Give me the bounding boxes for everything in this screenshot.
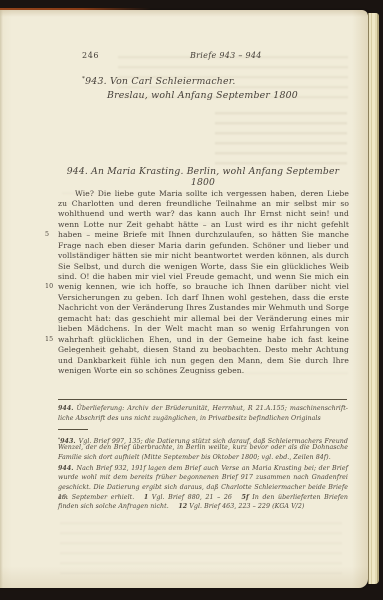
footnote-line: Familie sich dort aufhielt (Mitte Septem… [58,453,348,463]
footnote-line: 944.Überlieferung: Archiv der Brüderunit… [58,404,348,414]
body-line: Wie? Die liebe gute Maria sollte ich ver… [58,189,349,199]
page-edge-stack [368,13,379,584]
body-line: 5haben – meine Briefe mit Ihnen durchzul… [58,230,349,240]
body-line: wohlthuend und werth war? das kann auch … [58,209,349,219]
body-line: Frage nach eben dieser Maria darin gefun… [58,241,349,251]
footnote-label: 944. [58,405,74,412]
margin-line-number: 10 [45,282,53,292]
margin-line-number: 5 [45,230,49,240]
body-line: Versicherungen zu geben. Ich darf Ihnen … [58,293,349,303]
letter-944-heading: 944. An Maria Krasting. Berlin, wohl Anf… [58,166,348,188]
body-line: 15wahrhaft glücklichen Ehen, und in der … [58,335,349,345]
footnote-short-rule [58,429,88,430]
footnote-line: finden sich solche Anfragen nicht. 12 Vg… [58,502,348,512]
binding-accent-line [0,8,150,10]
body-line: zu Charlotten und deren freundliche Teil… [58,199,349,209]
page-number: 246 [82,51,99,60]
footnote-line: liche Abschrift des uns nicht zugänglich… [58,414,348,424]
footnote-note-944: 944.Nach Brief 932, 191f lagen dem Brief… [58,464,348,512]
body-line: und Dankbarkeit fühle ich nun gegen den … [58,356,349,366]
body-line: wenn Lotte nur Zeit gehabt hätte – an Lu… [58,220,349,230]
footnote-label: 944. [58,465,74,472]
body-line: 10wenig kennen, wie ich hoffe, so brauch… [58,282,349,292]
running-head: Briefe 943 – 944 [190,51,262,60]
footnote-line: Wenzel, der den Brief überbrachte, in Be… [58,443,348,453]
book-page-photo: 246 Briefe 943 – 944 *943. Von Carl Schl… [0,0,383,600]
footnote-line: *943.Vgl. Brief 997, 135; die Datierung … [58,434,348,444]
letter-943-heading-line2: Breslau, wohl Anfang September 1800 [107,90,298,101]
left-page-edge [0,10,3,588]
body-line: gemacht hat: das geschieht mir allemal b… [58,314,349,324]
letter-944-body: Wie? Die liebe gute Maria sollte ich ver… [58,189,349,377]
margin-line-number: 15 [45,335,53,345]
letter-943-heading-line1: *943. Von Carl Schleiermacher. [82,76,236,87]
body-line: Sie Selbst, und durch die wenigen Worte,… [58,262,349,272]
footnote-line: geschickt. Die Datierung ergibt sich dar… [58,483,348,493]
body-line: lieben Mädchens. In der Welt macht man s… [58,324,349,334]
footnote-separator-rule [58,399,347,400]
footnote-line: wurde wohl mit dem bereits früher begonn… [58,473,348,483]
body-line: vollständiger hätten sie mir nicht beant… [58,251,349,261]
footnote-line: 16. September erhielt. 1 Vgl. Brief 880,… [58,493,348,503]
footnote-apparatus-944: 944.Überlieferung: Archiv der Brüderunit… [58,404,348,423]
body-line: sind. O! die haben mir viel viel Freude … [58,272,349,282]
footnote-line: 944.Nach Brief 932, 191f lagen dem Brief… [58,464,348,474]
body-line: Nachricht von der Veränderung Ihres Zust… [58,303,349,313]
footnote-note-943: *943.Vgl. Brief 997, 135; die Datierung … [58,434,348,463]
body-line: Gelegenheit gehabt, diesen Stand zu beob… [58,345,349,355]
body-line: wenigen Worte ein so schönes Zeugniss ge… [58,366,349,376]
